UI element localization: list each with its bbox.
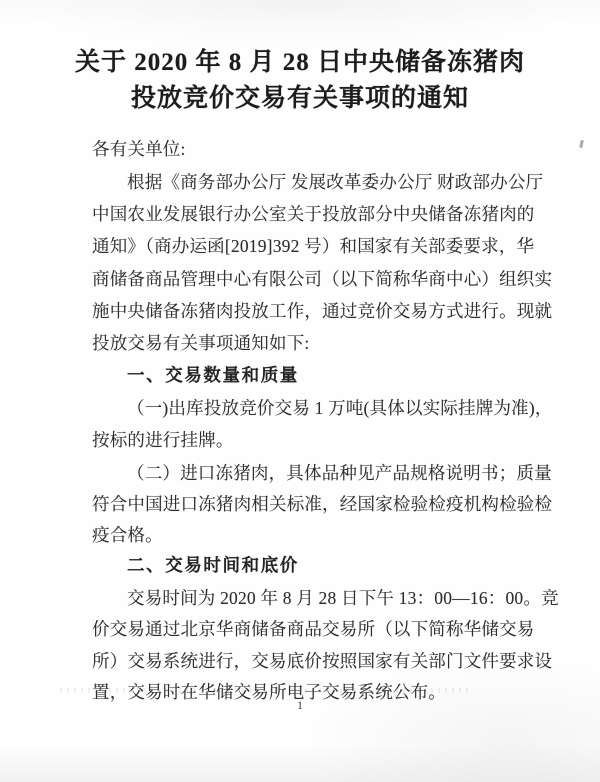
scanned-notice-page: 关于 2020 年 8 月 28 日中央储备冻猪肉 投放竞价交易有关事项的通知 … xyxy=(0,0,600,782)
body-line: （二）进口冻猪肉，具体品种见产品规格说明书；质量 xyxy=(127,460,575,485)
body-line: 按标的进行挂牌。 xyxy=(92,427,540,452)
section-heading-2: 二、交易时间和底价 xyxy=(127,552,575,577)
body-line: 商储备商品管理中心有限公司（以下简称华商中心）组织实 xyxy=(92,266,540,291)
body-line: 疫合格。 xyxy=(92,522,540,547)
body-line: （一)出库投放竞价交易 1 万吨(具体以实际挂牌为准)， xyxy=(127,395,575,420)
body-line: 所）交易系统进行，交易底价按照国家有关部门文件要求设 xyxy=(92,648,540,673)
body-line: 价交易通过北京华商储备商品交易所（以下简称华储交易 xyxy=(92,616,540,641)
salutation: 各有关单位: xyxy=(92,136,540,161)
body-line: 根据《商务部办公厅 发展改革委办公厅 财政部办公厅 xyxy=(127,169,575,194)
body-line: 投放交易有关事项通知如下: xyxy=(92,330,540,355)
body-line: 通知》（商办运函[2019]392 号）和国家有关部委要求，华 xyxy=(92,233,540,258)
scan-speck-artifact xyxy=(579,140,584,148)
document-title-line-2: 投放竞价交易有关事项的通知 xyxy=(0,78,600,114)
document-title-line-1: 关于 2020 年 8 月 28 日中央储备冻猪肉 xyxy=(0,42,600,78)
body-line: 施中央储备冻猪肉投放工作，通过竞价交易方式进行。现就 xyxy=(92,298,540,323)
body-line: 交易时间为 2020 年 8 月 28 日下午 13：00—16：00。竞 xyxy=(127,585,575,610)
scan-shadow-band xyxy=(0,744,600,782)
section-heading-1: 一、交易数量和质量 xyxy=(127,362,575,387)
body-line: 中国农业发展银行办公室关于投放部分中央储备冻猪肉的 xyxy=(92,201,540,226)
page-number: 1 xyxy=(0,698,600,713)
body-line: 符合中国进口冻猪肉相关标准，经国家检验检疫机构检验检 xyxy=(92,491,540,516)
